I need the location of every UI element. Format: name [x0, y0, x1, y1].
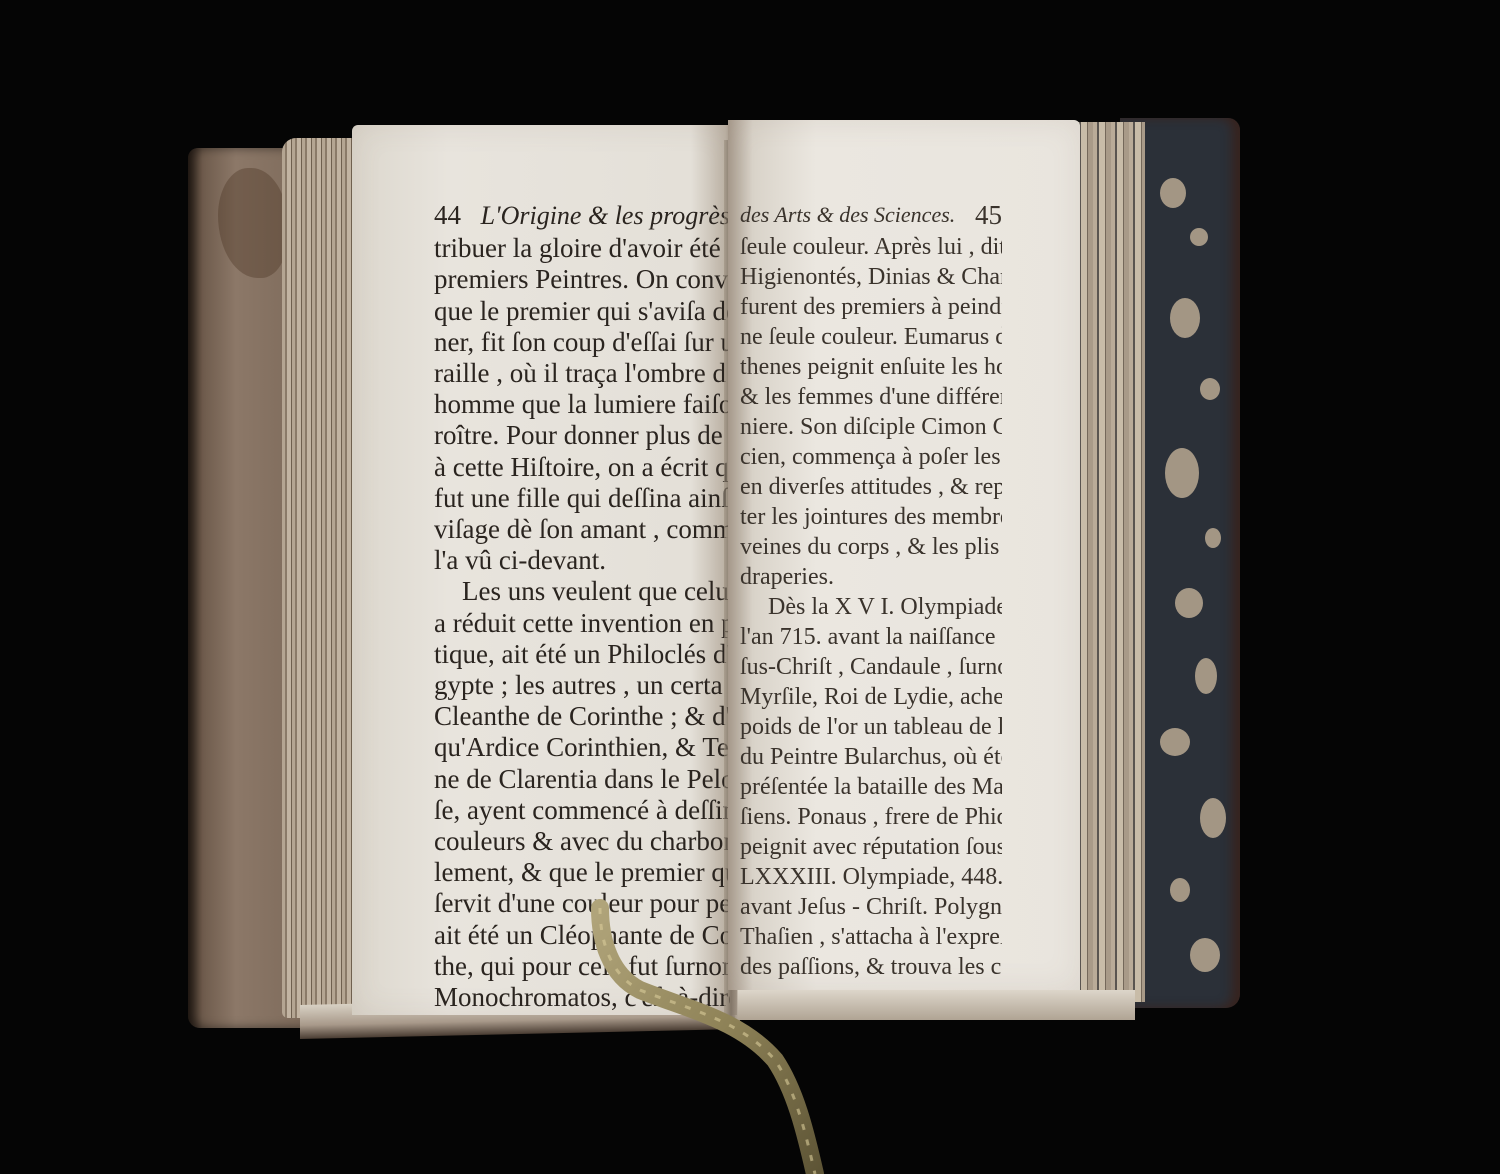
text-line: à cette Hiſtoire, on a écrit que: [434, 452, 730, 483]
text-line: the, qui pour cela fut ſurnommé: [434, 951, 730, 982]
right-page-header: des Arts & des Sciences. 45: [740, 200, 1002, 230]
left-page-header: 44 L'Origine & les progrès: [434, 200, 730, 231]
text-line: que le premier qui s'aviſa de d: [434, 296, 730, 327]
text-line: des paſſions, & trouva les couleurs: [740, 952, 1002, 982]
right-page-text: des Arts & des Sciences. 45 ſeule couleu…: [740, 200, 1002, 982]
text-line: Cleanthe de Corinthe ; & d'aut: [434, 701, 730, 732]
page-number: 45: [975, 200, 1002, 230]
text-line: préſentée la bataille des Magne-: [740, 772, 1002, 802]
text-line: avant Jeſus - Chriſt. Polygnatus: [740, 892, 1002, 922]
text-line: l'an 715. avant la naiſſance de Je-: [740, 622, 1002, 652]
text-line: Higienontés, Dinias & Charmas,: [740, 262, 1002, 292]
text-line: a réduit cette invention en p: [434, 608, 730, 639]
right-bottom-edge: [735, 990, 1135, 1020]
text-line: l'a vû ci-devant.: [434, 545, 730, 576]
left-page: 44 L'Origine & les progrès tribuer la gl…: [352, 125, 737, 1015]
text-line: ait été un Cléophante de Corin: [434, 920, 730, 951]
water-stain: [218, 168, 288, 278]
text-line: niere. Son diſciple Cimon Cleoni-: [740, 412, 1002, 442]
text-line: ſus-Chriſt , Candaule , ſurnommé: [740, 652, 1002, 682]
text-line: premiers Peintres. On conv: [434, 264, 730, 295]
left-page-text: 44 L'Origine & les progrès tribuer la gl…: [434, 200, 730, 1013]
text-line: Thaſien , s'attacha à l'expreſſion: [740, 922, 1002, 952]
running-head: L'Origine & les progrès: [481, 200, 730, 231]
right-page: des Arts & des Sciences. 45 ſeule couleu…: [728, 120, 1080, 990]
text-line: tribuer la gloire d'avoir été: [434, 233, 730, 264]
text-line: ner, fit ſon coup d'eſſai ſur une m: [434, 327, 730, 358]
text-line: homme que la lumiere faiſoit p: [434, 389, 730, 420]
text-line: tique, ait été un Philoclés d'E: [434, 639, 730, 670]
text-line: veines du corps , & les plis des: [740, 532, 1002, 562]
text-line: couleurs & avec du charbon ſe: [434, 826, 730, 857]
text-line: peignit avec réputation ſous la: [740, 832, 1002, 862]
text-line: & les femmes d'une différente ma-: [740, 382, 1002, 412]
text-line: lement, & que le premier qui ſ: [434, 857, 730, 888]
text-line: ne de Clarentia dans le Pelopon: [434, 764, 730, 795]
right-page-block-edge: [1075, 122, 1145, 1002]
photo-scene: 44 L'Origine & les progrès tribuer la gl…: [0, 0, 1500, 1174]
text-line: ſiens. Ponaus , frere de Phidias ,: [740, 802, 1002, 832]
text-line: draperies.: [740, 562, 1002, 592]
text-line: qu'Ardice Corinthien, & Teleph: [434, 732, 730, 763]
text-line: viſage dè ſon amant , comme: [434, 514, 730, 545]
text-line: furent des premiers à peindre d'u-: [740, 292, 1002, 322]
text-line: ſeule couleur. Après lui , dit-on ,: [740, 232, 1002, 262]
text-line: ſe, ayent commencé à deſſiner ſa: [434, 795, 730, 826]
text-line: gypte ; les autres , un certa: [434, 670, 730, 701]
text-line: raille , où il traça l'ombre d: [434, 358, 730, 389]
text-line: roître. Pour donner plus de r: [434, 420, 730, 451]
text-line: ſervit d'une couleur pour peindre: [434, 888, 730, 919]
text-line: Monochromatos, c'eſt-à-dire, d'une: [434, 982, 730, 1013]
left-page-block-edge: [282, 138, 362, 1018]
text-line: LXXXIII. Olympiade, 448. ans: [740, 862, 1002, 892]
text-line: fut une fille qui deſſina ainſi: [434, 483, 730, 514]
text-line: cien, commença à poſer les corps: [740, 442, 1002, 472]
text-line: thenes peignit enſuite les hommes: [740, 352, 1002, 382]
text-line: Les uns veulent que celui q: [434, 576, 730, 607]
text-line: poids de l'or un tableau de la façon: [740, 712, 1002, 742]
text-line: en diverſes attitudes , & repréſen-: [740, 472, 1002, 502]
page-number: 44: [434, 200, 461, 231]
running-head: des Arts & des Sciences.: [740, 200, 955, 230]
text-line: Myrſile, Roi de Lydie, acheta au: [740, 682, 1002, 712]
text-line: du Peintre Bularchus, où étoit re-: [740, 742, 1002, 772]
text-line: Dès la X V I. Olympiade, vers: [740, 592, 1002, 622]
text-line: ne ſeule couleur. Eumarus d'A-: [740, 322, 1002, 352]
text-line: ter les jointures des membres , les: [740, 502, 1002, 532]
